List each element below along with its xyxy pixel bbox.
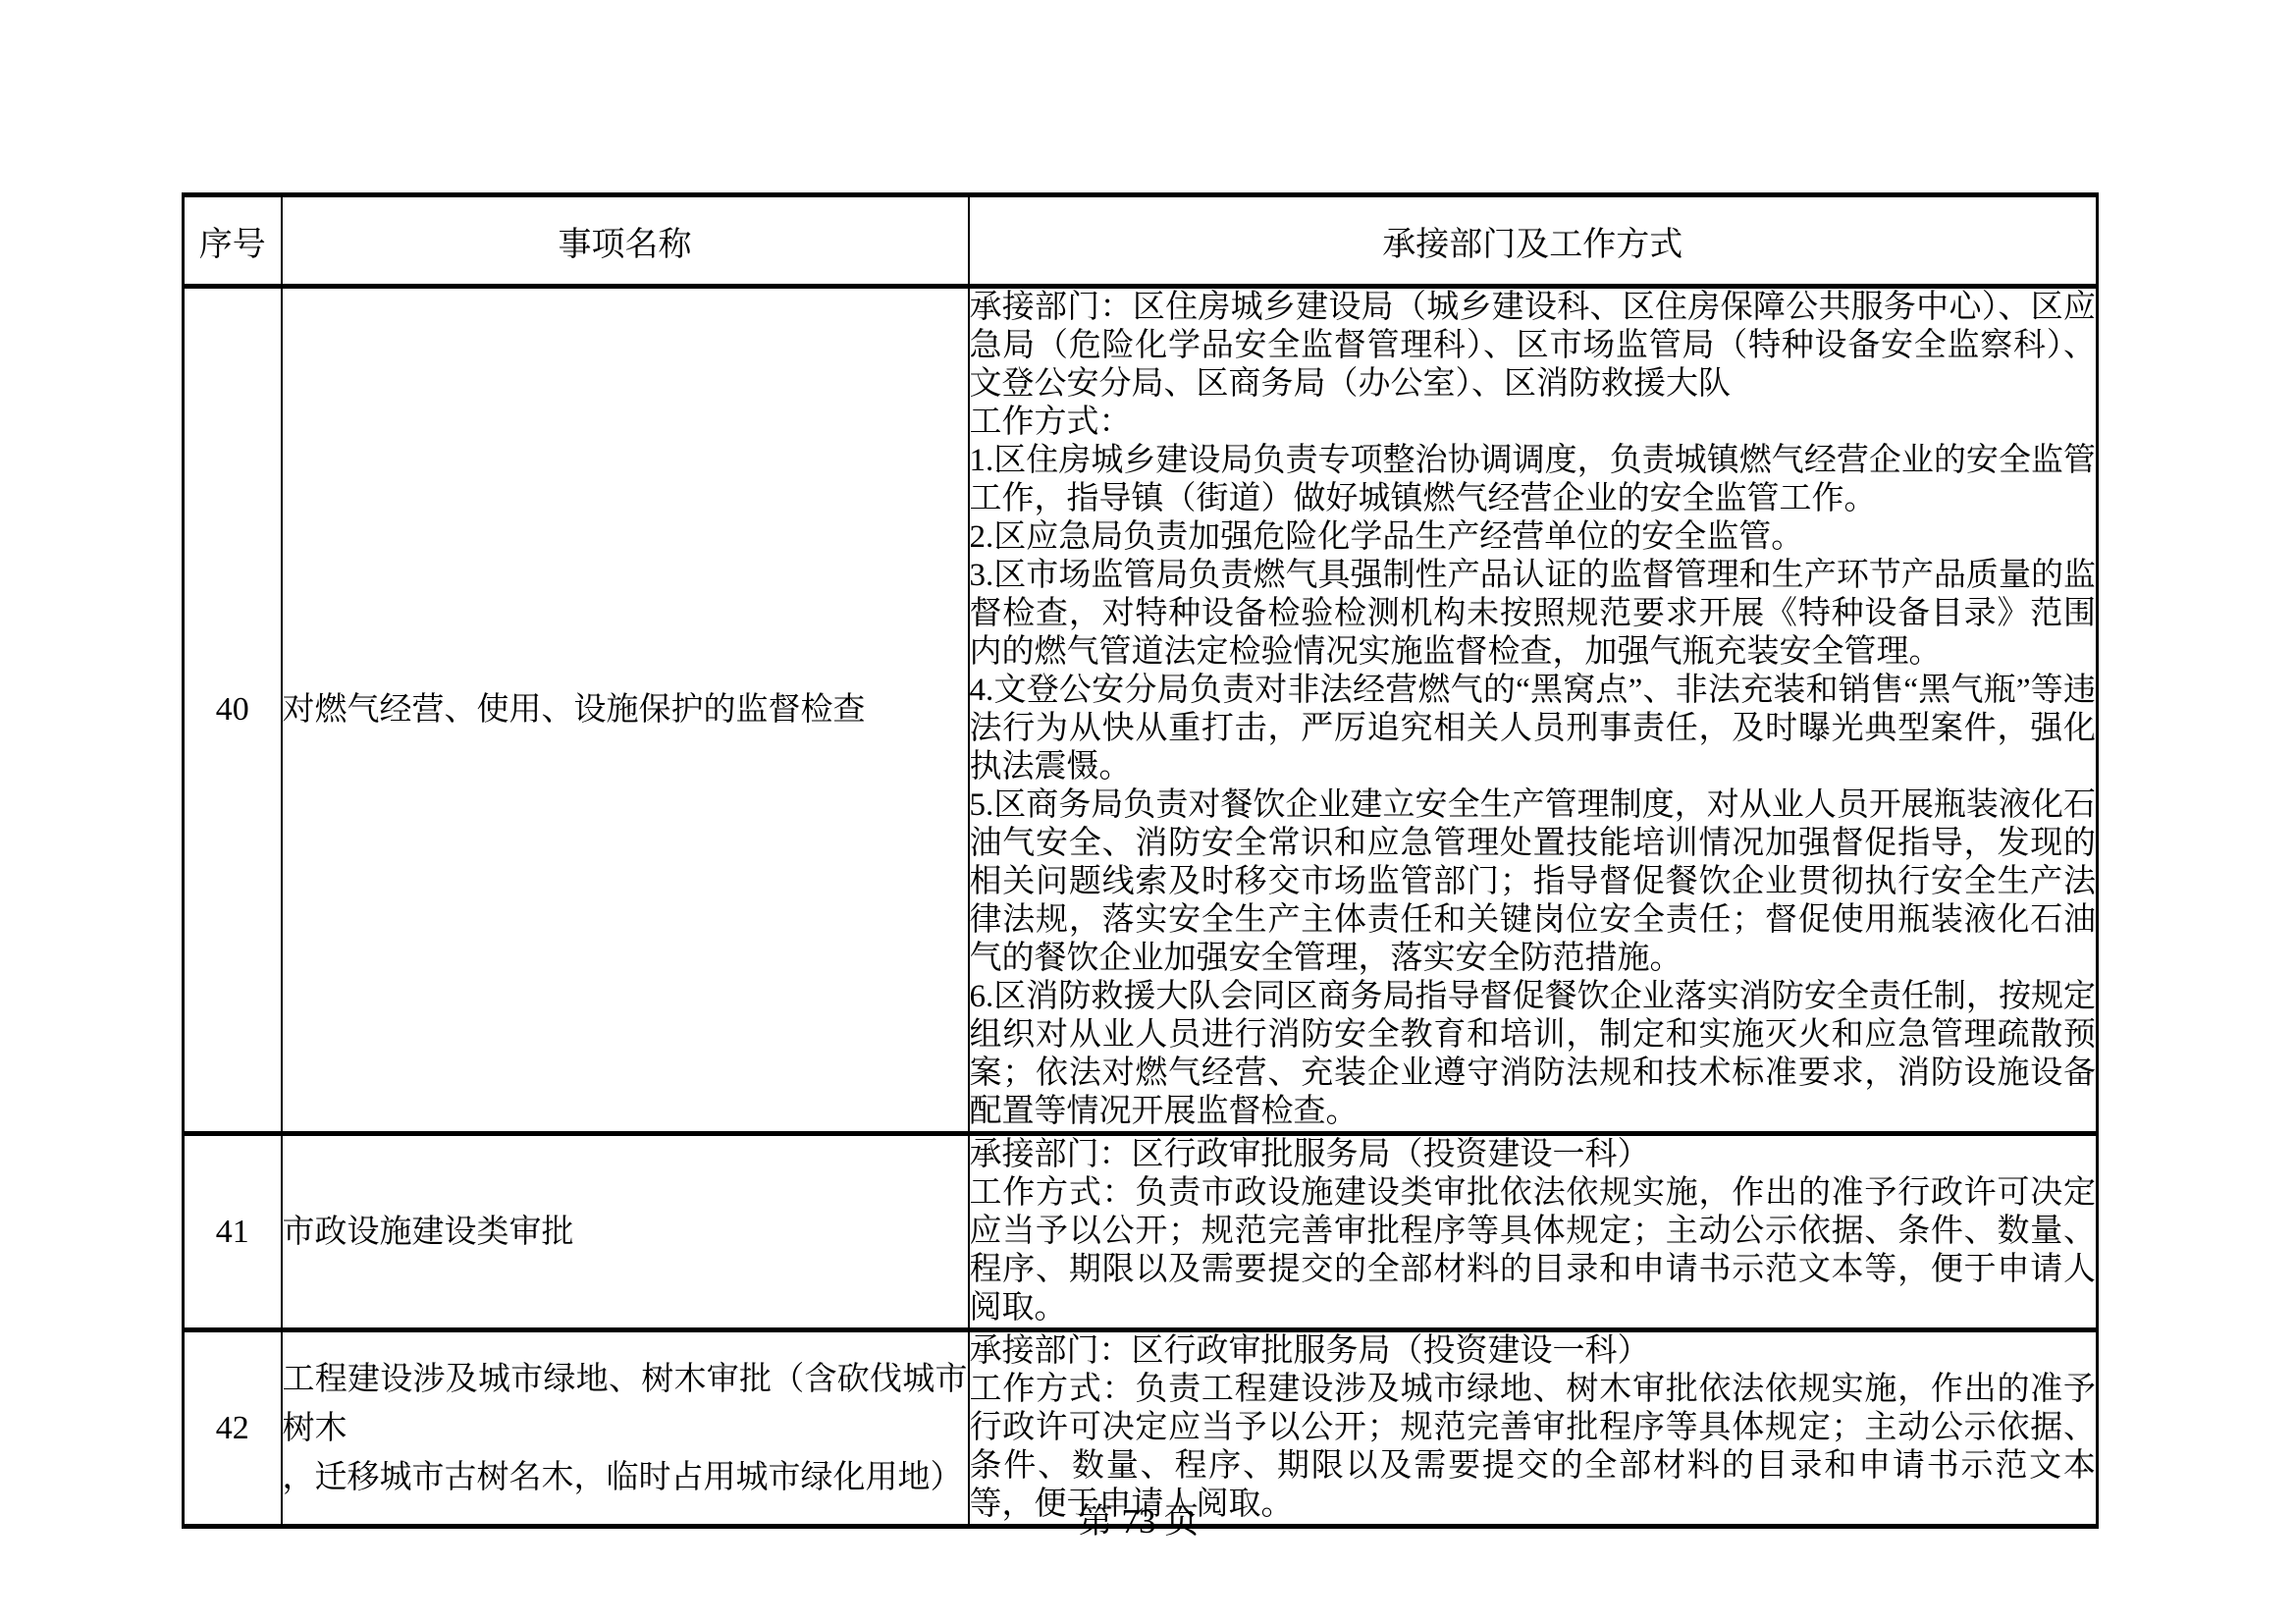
table-row: 40 对燃气经营、使用、设施保护的监督检查 承接部门：区住房城乡建设局（城乡建设… xyxy=(184,287,2098,1134)
row-number-cell: 40 xyxy=(184,287,282,1134)
table-row: 41 市政设施建设类审批 承接部门：区行政审批服务局（投资建设一科） 工作方式：… xyxy=(184,1134,2098,1330)
table-header-row: 序号 事项名称 承接部门及工作方式 xyxy=(184,195,2098,287)
column-header-serial-number: 序号 xyxy=(184,195,282,287)
item-name-cell: 市政设施建设类审批 xyxy=(282,1134,969,1330)
detail-cell: 承接部门：区住房城乡建设局（城乡建设科、区住房保障公共服务中心）、区应急局（危险… xyxy=(969,287,2098,1134)
column-header-department-and-method: 承接部门及工作方式 xyxy=(969,195,2098,287)
item-name-cell: 对燃气经营、使用、设施保护的监督检查 xyxy=(282,287,969,1134)
items-table: 序号 事项名称 承接部门及工作方式 40 对燃气经营、使用、设施保护的监督检查 … xyxy=(182,192,2099,1529)
column-header-item-name: 事项名称 xyxy=(282,195,969,287)
row-number-cell: 41 xyxy=(184,1134,282,1330)
page-number: 第 73 页 xyxy=(182,1494,2096,1543)
detail-cell: 承接部门：区行政审批服务局（投资建设一科） 工作方式：负责市政设施建设类审批依法… xyxy=(969,1134,2098,1330)
document-page: { "table": { "columns": [ { "label": "序号… xyxy=(0,0,2296,1624)
